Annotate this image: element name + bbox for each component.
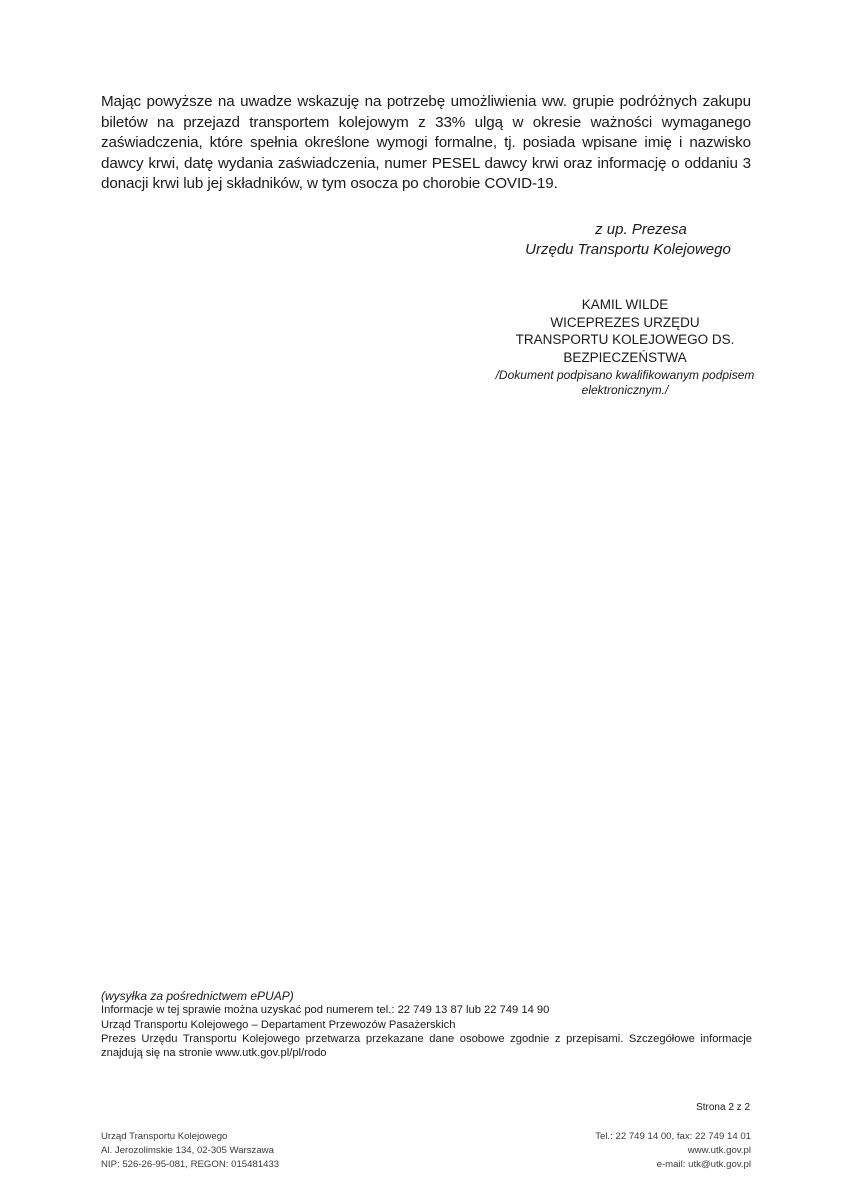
signatory-title-line-1: WICEPREZES URZĘDU: [480, 314, 770, 332]
contact-info: Informacje w tej sprawie można uzyskać p…: [101, 1003, 752, 1017]
letterhead-website: www.utk.gov.pl: [595, 1144, 751, 1158]
letterhead-street: Al. Jerozolimskie 134, 02-305 Warszawa: [101, 1144, 279, 1158]
signatory-name: KAMIL WILDE: [480, 296, 770, 314]
department-info: Urząd Transportu Kolejowego – Departamen…: [101, 1018, 752, 1032]
signatory-title-line-2: TRANSPORTU KOLEJOWEGO DS.: [480, 331, 770, 349]
signature-authority: z up. Prezesa Urzędu Transportu Kolejowe…: [480, 220, 770, 260]
document-page: Mając powyższe na uwadze wskazuję na pot…: [0, 0, 848, 1200]
authority-line-1: z up. Prezesa: [480, 220, 770, 240]
page-number: Strona 2 z 2: [696, 1102, 750, 1114]
letterhead-contact: Tel.: 22 749 14 00, fax: 22 749 14 01 ww…: [595, 1130, 751, 1173]
delivery-note: (wysyłka za pośrednictwem ePUAP): [101, 989, 752, 1003]
authority-line-2: Urzędu Transportu Kolejowego: [480, 240, 770, 260]
body-paragraph: Mając powyższe na uwadze wskazuję na pot…: [101, 92, 751, 195]
letterhead-address: Urząd Transportu Kolejowego Al. Jerozoli…: [101, 1130, 279, 1173]
footer-info: (wysyłka za pośrednictwem ePUAP) Informa…: [101, 989, 752, 1060]
signatory: KAMIL WILDE WICEPREZES URZĘDU TRANSPORTU…: [480, 296, 770, 366]
letterhead-phone: Tel.: 22 749 14 00, fax: 22 749 14 01: [595, 1130, 751, 1144]
signatory-title-line-3: BEZPIECZEŃSTWA: [480, 349, 770, 367]
e-signature-note: /Dokument podpisano kwalifikowanym podpi…: [480, 368, 770, 398]
letterhead-org: Urząd Transportu Kolejowego: [101, 1130, 279, 1144]
letterhead-email: e-mail: utk@utk.gov.pl: [595, 1158, 751, 1172]
letterhead-ids: NIP: 526-26-95-081, REGON: 015481433: [101, 1158, 279, 1172]
rodo-info: Prezes Urzędu Transportu Kolejowego prze…: [101, 1032, 752, 1061]
